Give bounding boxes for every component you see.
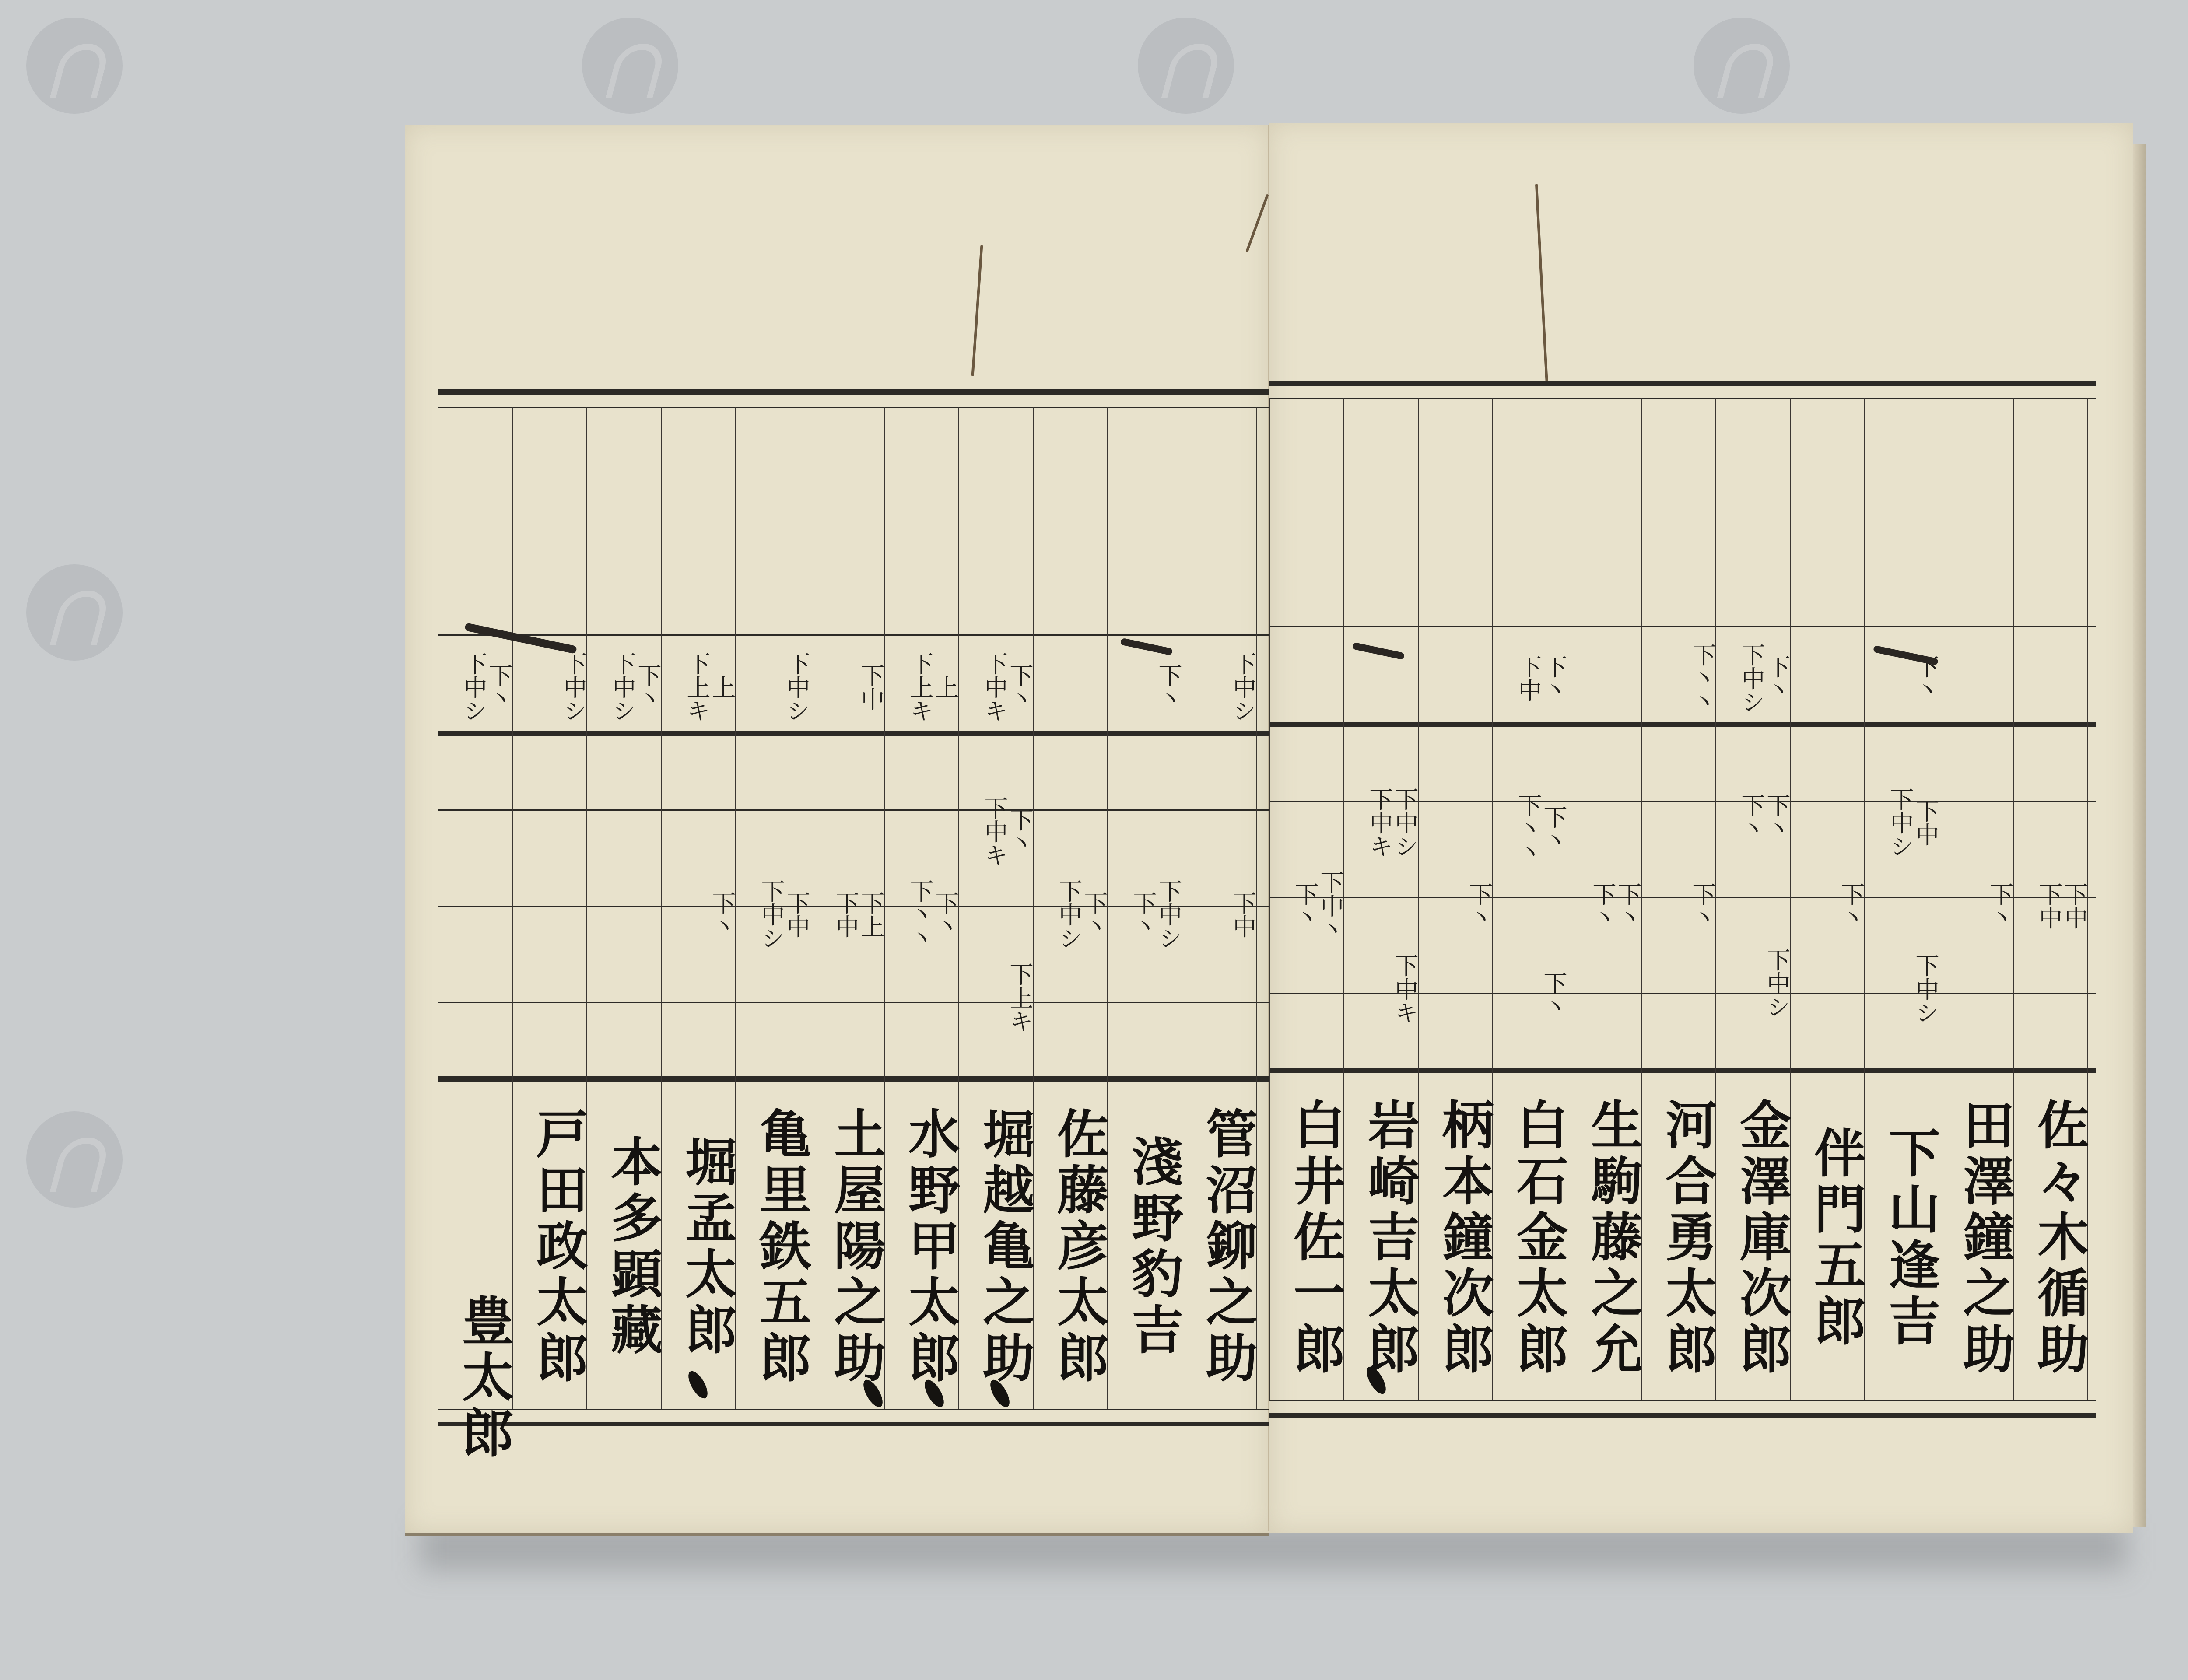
page-stack-edge bbox=[2133, 144, 2146, 1527]
grade-mark: 下中 bbox=[1230, 891, 1255, 938]
grade-mark: 下丶 bbox=[1764, 654, 1789, 702]
upper-grade-cell bbox=[1939, 634, 2013, 722]
student-name: 堀越亀之助 bbox=[959, 1089, 1032, 1404]
grade-mark: 下中シ bbox=[461, 651, 486, 722]
lower-grade-cell: 下丶下丶 bbox=[1567, 731, 1641, 1063]
upper-grade-cell bbox=[1269, 634, 1343, 722]
lower-grade-cell: 下丶 bbox=[1641, 731, 1715, 1063]
student-name: 河合勇太郎 bbox=[1641, 1081, 1715, 1396]
grade-mark: 下丶 bbox=[635, 663, 660, 710]
lower-grade-cell: 下丶下中キ下上キ bbox=[959, 739, 1032, 1072]
student-name: 柄本鐘次郎 bbox=[1418, 1081, 1492, 1396]
upper-grade-cell bbox=[2013, 634, 2087, 722]
grade-mark: 下丶 bbox=[1541, 805, 1566, 852]
ruled-line bbox=[438, 1409, 1269, 1410]
ruled-line bbox=[1269, 1067, 2096, 1073]
ruled-line bbox=[438, 407, 1269, 408]
grade-mark: 下中キ bbox=[1392, 953, 1417, 1024]
grade-mark: 下中キ bbox=[982, 796, 1007, 867]
grade-mark: 下丶 bbox=[1987, 882, 2013, 929]
grade-mark: 下丶 bbox=[1007, 808, 1032, 855]
student-name: 岩崎吉太郎 bbox=[1344, 1081, 1417, 1396]
grade-mark: 下中シ bbox=[610, 651, 635, 722]
grade-mark: 下上キ bbox=[684, 651, 709, 722]
lower-grade-cell: 下丶 bbox=[1939, 731, 2013, 1063]
ruled-line bbox=[1269, 398, 2096, 399]
grade-mark: 下丶丶 bbox=[907, 879, 933, 950]
student-name: 戸田政太郎 bbox=[512, 1089, 586, 1404]
lower-grade-cell: 下丶下丶丶下丶 bbox=[1493, 731, 1566, 1063]
ruled-line bbox=[438, 1422, 1269, 1426]
grade-mark: 下中 bbox=[1515, 654, 1541, 702]
nishogakusha-logo-icon bbox=[582, 17, 678, 114]
student-name: 豊太郎 bbox=[438, 1089, 512, 1536]
upper-grade-cell: 下丶下中 bbox=[1493, 634, 1566, 722]
upper-grade-cell: 上下上キ bbox=[884, 643, 958, 731]
grade-mark: 下丶 bbox=[1007, 663, 1032, 710]
nishogakusha-logo-icon bbox=[1694, 17, 1790, 114]
grade-mark: 下中 bbox=[784, 891, 809, 938]
lower-grade-cell: 下中シ下中キ下中キ bbox=[1344, 731, 1417, 1063]
grade-mark: 下丶 bbox=[1292, 882, 1318, 929]
student-name: 佐藤彦太郎 bbox=[1033, 1089, 1107, 1404]
lower-grade-cell bbox=[587, 739, 660, 1072]
ruled-line bbox=[438, 389, 1269, 395]
grade-mark: 下丶 bbox=[1838, 882, 1864, 929]
lower-grade-cell: 下丶 bbox=[661, 739, 735, 1072]
upper-grade-cell: 下丶丶 bbox=[1641, 634, 1715, 722]
lower-grade-cell: 下中丶下丶 bbox=[1269, 731, 1343, 1063]
upper-grade-cell bbox=[1567, 634, 1641, 722]
nishogakusha-logo-icon bbox=[26, 564, 123, 661]
upper-grade-cell: 上下上キ bbox=[661, 643, 735, 731]
lower-grade-cell: 下丶下丶下中シ bbox=[1716, 731, 1789, 1063]
nishogakusha-logo-icon bbox=[26, 17, 123, 114]
lower-grade-cell: 下丶下中シ bbox=[1033, 739, 1107, 1072]
student-name: 田澤鐘之助 bbox=[1939, 1081, 2013, 1396]
grade-mark: 下中シ bbox=[561, 651, 586, 722]
student-name: 堀孟太郎 bbox=[661, 1089, 735, 1404]
grade-mark: 下中シ bbox=[1887, 787, 1913, 858]
grade-mark: 下丶 bbox=[486, 663, 512, 710]
grade-mark: 下中 bbox=[858, 663, 884, 710]
grade-mark: 下中シ bbox=[1739, 643, 1764, 714]
upper-grade-cell: 下中シ bbox=[512, 643, 586, 731]
lower-grade-cell: 下丶 bbox=[1418, 731, 1492, 1063]
upper-grade-cell: 下丶下中シ bbox=[1716, 634, 1789, 722]
student-name: 佐々木循助 bbox=[2013, 1081, 2087, 1396]
grade-mark: 下丶 bbox=[1764, 793, 1789, 840]
grade-mark: 下丶丶 bbox=[1690, 643, 1715, 714]
grade-mark: 下丶 bbox=[1739, 793, 1764, 840]
upper-grade-cell: 下中シ bbox=[1182, 643, 1255, 731]
grade-mark: 下丶 bbox=[1081, 891, 1107, 938]
lower-grade-cell: 下中シ下丶 bbox=[1108, 739, 1181, 1072]
grade-mark: 下丶 bbox=[1130, 891, 1156, 938]
student-name: 淺野豹吉 bbox=[1108, 1089, 1181, 1404]
grade-mark: 下中 bbox=[2036, 882, 2062, 929]
ruled-line bbox=[438, 634, 1269, 636]
nishogakusha-logo-icon bbox=[1138, 17, 1234, 114]
student-name: 水野甲太郎 bbox=[884, 1089, 958, 1404]
upper-grade-cell: 下丶 bbox=[1108, 643, 1181, 731]
grade-mark: 下丶 bbox=[1615, 882, 1641, 929]
grade-mark: 下中 bbox=[1913, 799, 1938, 846]
grade-mark: 下中丶 bbox=[1318, 870, 1343, 941]
grade-mark: 上 bbox=[709, 675, 735, 699]
ruled-line bbox=[1269, 1413, 2096, 1417]
right-register-grid: 下中下中佐々木循助下丶田澤鐘之助下丶下中下中シ下中シ下山逢吉下丶伴門五郎下丶下中… bbox=[1269, 381, 2096, 1404]
grade-mark: 下中シ bbox=[1764, 948, 1789, 1018]
grade-mark: 下中キ bbox=[982, 651, 1007, 722]
grade-mark: 下中シ bbox=[784, 651, 809, 722]
grade-mark: 下丶 bbox=[1541, 971, 1566, 1018]
grade-mark: 下上 bbox=[858, 891, 884, 938]
student-name: 本多顕藏 bbox=[587, 1089, 660, 1404]
upper-grade-cell bbox=[1033, 643, 1107, 731]
student-name: 下山逢吉 bbox=[1865, 1081, 1938, 1396]
grade-mark: 下丶 bbox=[1690, 882, 1715, 929]
upper-grade-cell: 下丶下中シ bbox=[438, 643, 512, 731]
grade-mark: 下上キ bbox=[1007, 962, 1032, 1033]
lower-grade-cell: 下上下中 bbox=[810, 739, 884, 1072]
grade-mark: 下中シ bbox=[1056, 879, 1081, 950]
student-name: 金澤庫次郎 bbox=[1716, 1081, 1789, 1396]
ruled-line bbox=[1269, 1400, 2096, 1401]
lower-grade-cell: 下中下中シ bbox=[736, 739, 809, 1072]
upper-grade-cell bbox=[1790, 634, 1864, 722]
lower-grade-cell: 下中 bbox=[1182, 739, 1255, 1072]
grade-mark: 下中シ bbox=[758, 879, 784, 950]
grade-mark: 下丶丶 bbox=[1515, 793, 1541, 864]
lower-grade-cell: 下中下中シ下中シ bbox=[1865, 731, 1938, 1063]
lower-grade-cell bbox=[512, 739, 586, 1072]
student-name: 白石金太郎 bbox=[1493, 1081, 1566, 1396]
grade-mark: 下丶 bbox=[1466, 882, 1492, 929]
upper-grade-cell: 下丶下中キ bbox=[959, 643, 1032, 731]
grade-mark: 下中 bbox=[2062, 882, 2087, 929]
lower-grade-cell: 下丶 bbox=[1790, 731, 1864, 1063]
grade-mark: 下丶 bbox=[1156, 663, 1181, 710]
grade-mark: 下中シ bbox=[1156, 879, 1181, 950]
student-name: 土屋陽之助 bbox=[810, 1089, 884, 1404]
ruled-line bbox=[1269, 381, 2096, 386]
student-name: 亀里鉄五郎 bbox=[736, 1089, 809, 1404]
upper-grade-cell: 下中 bbox=[810, 643, 884, 731]
grade-mark: 上 bbox=[933, 675, 958, 699]
student-name: 伴門五郎 bbox=[1790, 1081, 1864, 1396]
upper-grade-cell bbox=[1418, 634, 1492, 722]
grade-mark: 下中シ bbox=[1392, 787, 1417, 858]
grade-mark: 下中キ bbox=[1367, 787, 1392, 858]
ruled-line bbox=[438, 731, 1269, 736]
upper-grade-cell: 下中シ bbox=[736, 643, 809, 731]
student-name: 生駒藤之允 bbox=[1567, 1081, 1641, 1396]
grade-mark: 下中シ bbox=[1913, 953, 1938, 1024]
grade-mark: 下丶 bbox=[1590, 882, 1615, 929]
grade-mark: 下中シ bbox=[1230, 651, 1255, 722]
student-name: 管沼鉚之助 bbox=[1182, 1089, 1255, 1404]
ruled-line bbox=[1269, 626, 2096, 627]
student-name: 白井佐一郎 bbox=[1269, 1081, 1343, 1396]
upper-grade-cell: 下丶下中シ bbox=[587, 643, 660, 731]
grade-mark: 下丶 bbox=[1541, 654, 1566, 702]
nishogakusha-logo-icon bbox=[26, 1111, 123, 1207]
lower-grade-cell: 下丶下丶丶 bbox=[884, 739, 958, 1072]
left-register-grid: 下中シ下中管沼鉚之助下丶下中シ下丶淺野豹吉下丶下中シ佐藤彦太郎下丶下中キ下丶下中… bbox=[438, 389, 1269, 1413]
grade-mark: 下丶 bbox=[709, 891, 735, 938]
grade-mark: 下上キ bbox=[907, 651, 933, 722]
ruled-line bbox=[1269, 722, 2096, 727]
lower-grade-cell: 下中下中 bbox=[2013, 731, 2087, 1063]
ruled-line bbox=[438, 1076, 1269, 1081]
grade-mark: 下丶 bbox=[933, 891, 958, 938]
lower-grade-cell bbox=[438, 739, 512, 1072]
grade-mark: 下中 bbox=[833, 891, 858, 938]
